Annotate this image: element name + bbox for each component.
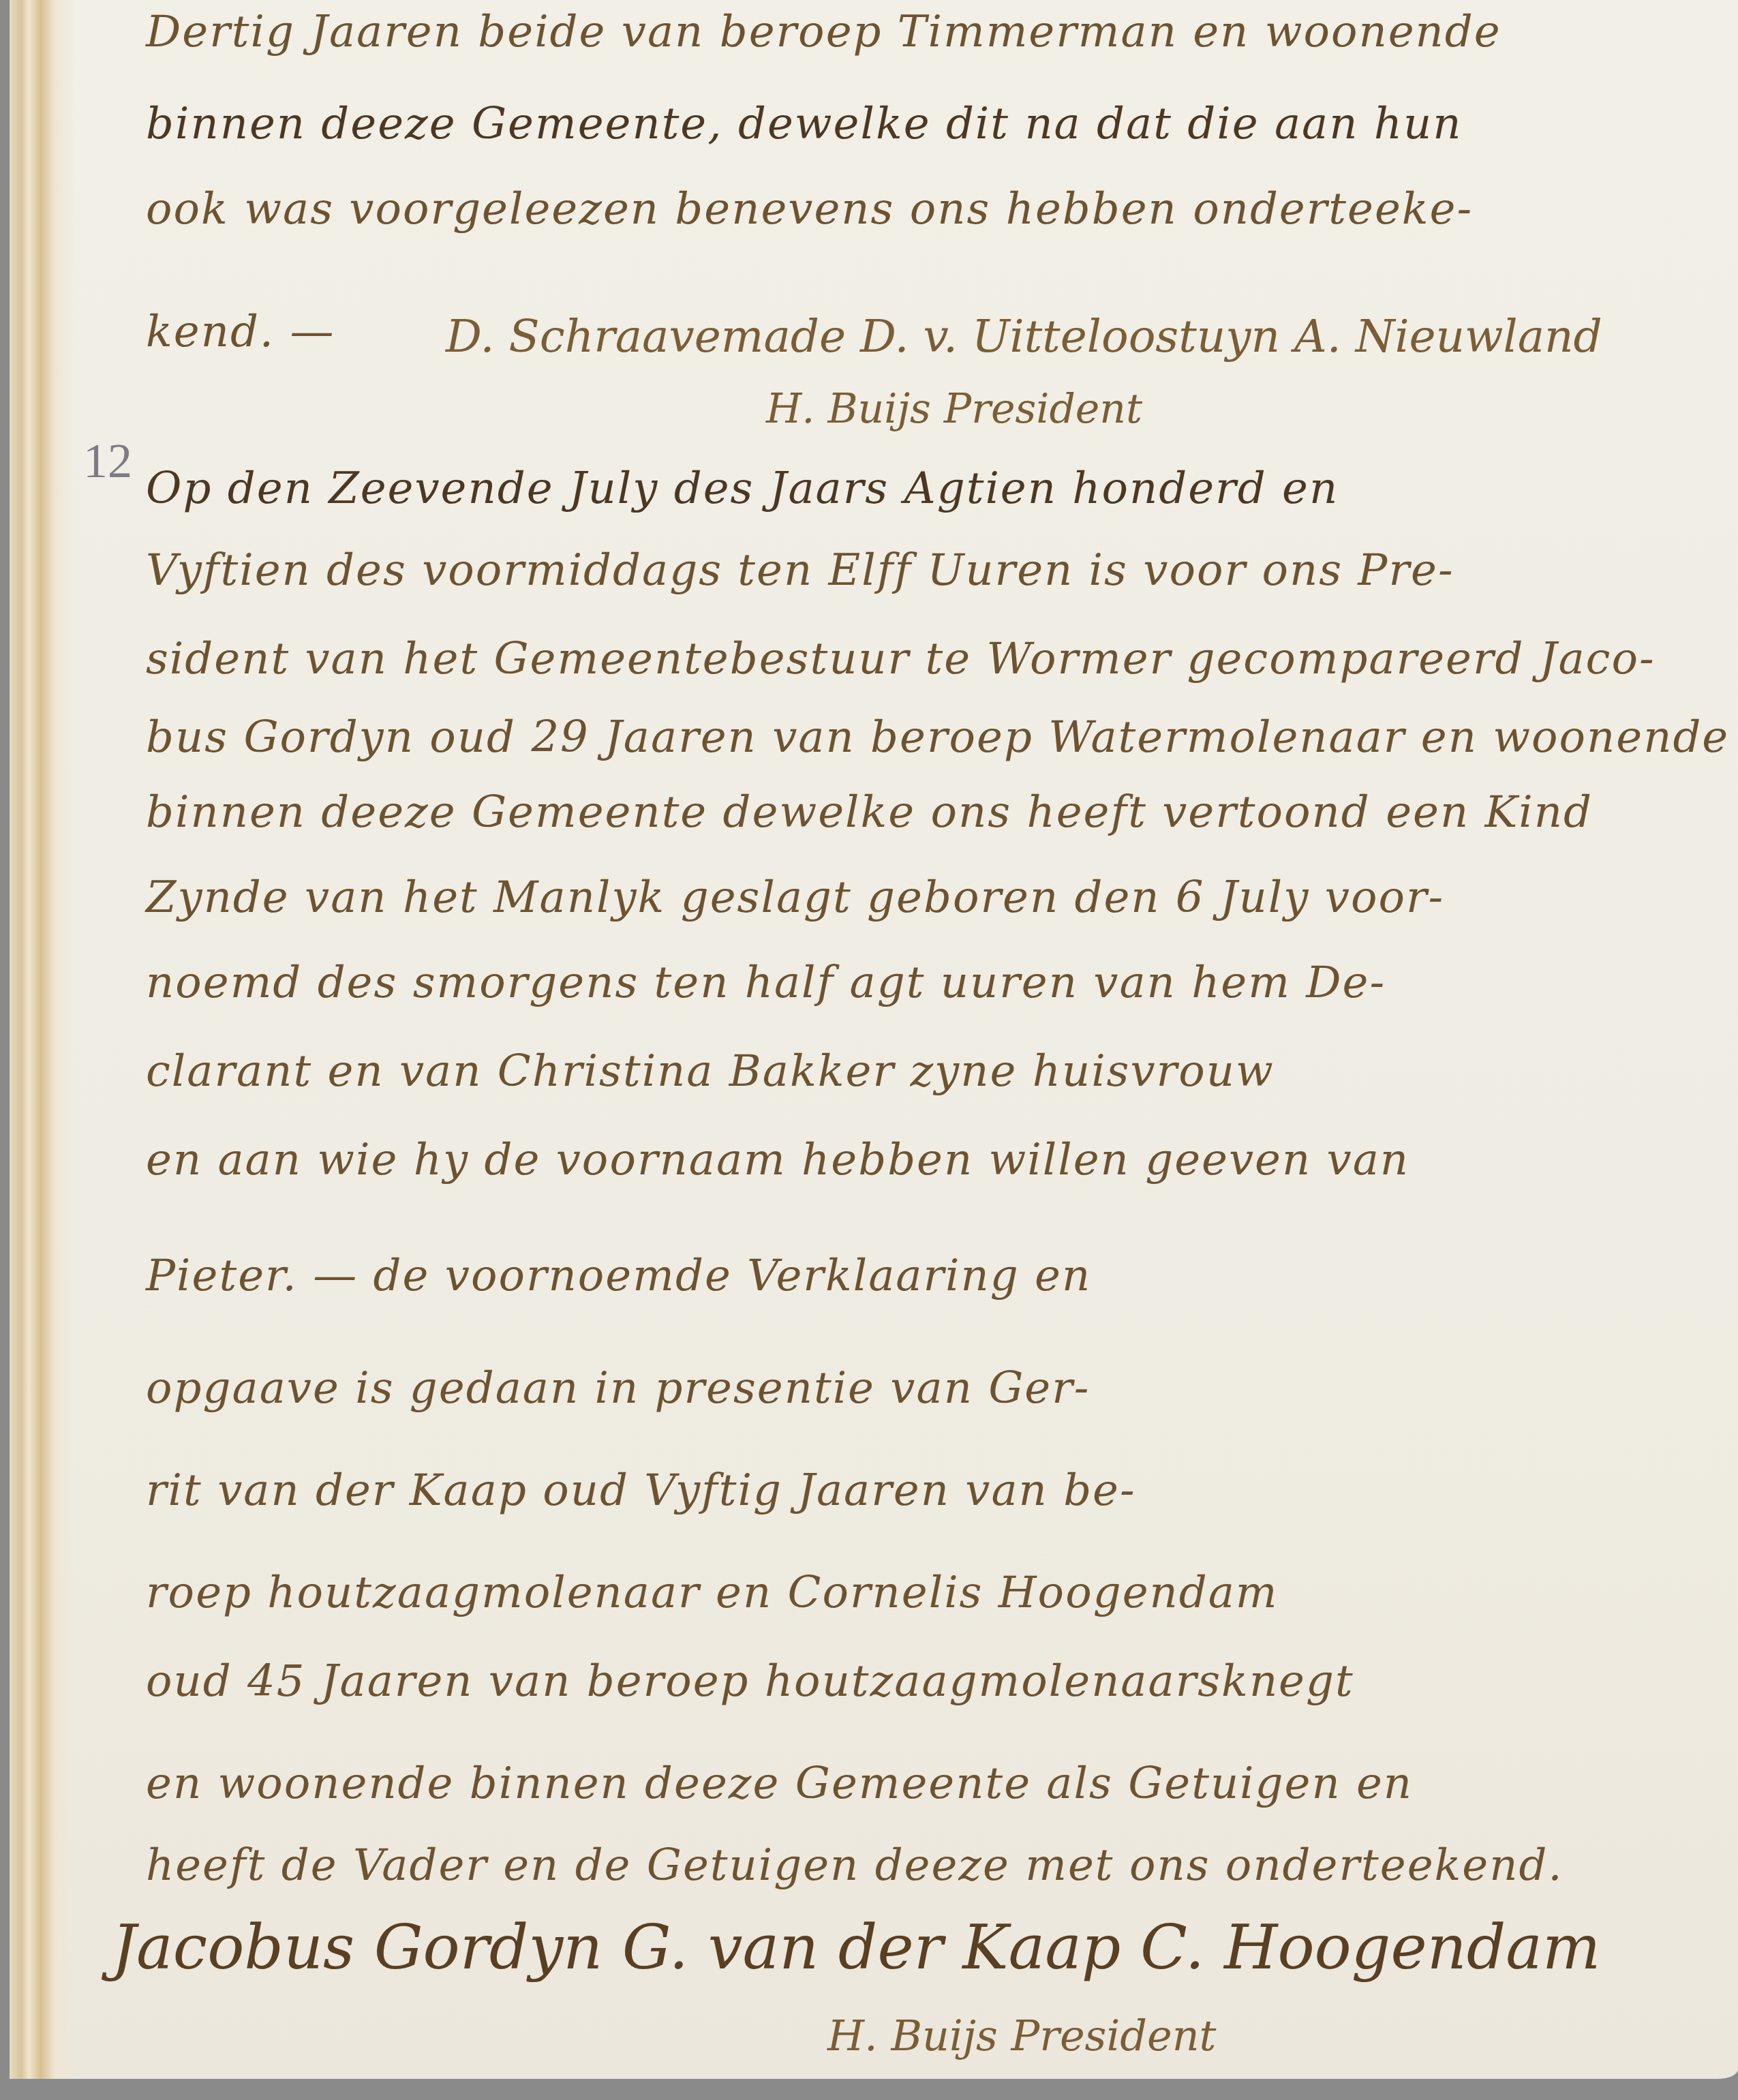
text-line: en woonende binnen deeze Gemeente als Ge… <box>146 1759 1413 1809</box>
text-line: heeft de Vader en de Getuigen deeze met … <box>146 1840 1564 1891</box>
witness-signatures-previous: D. Schraavemade D. v. Uitteloostuyn A. N… <box>446 310 1602 363</box>
text-line: Vyftien des voormiddags ten Elff Uuren i… <box>146 545 1454 596</box>
president-signature: H. Buijs President <box>827 2011 1216 2060</box>
text-line: oud 45 Jaaren van beroep houtzaagmolenaa… <box>146 1656 1354 1707</box>
text-line: Pieter. — de voornoemde Verklaaring en <box>146 1251 1091 1301</box>
text-line: clarant en van Christina Bakker zyne hui… <box>146 1046 1275 1097</box>
text-line: Zynde van het Manlyk geslagt geboren den… <box>146 872 1444 923</box>
text-line: opgaave is gedaan in presentie van Ger- <box>146 1363 1090 1414</box>
text-line: rit van der Kaap oud Vyftig Jaaren van b… <box>146 1465 1136 1516</box>
text-line: en aan wie hy de voornaam hebben willen … <box>146 1135 1409 1185</box>
page-number: 12 <box>83 433 132 489</box>
text-line: roep houtzaagmolenaar en Cornelis Hoogen… <box>146 1568 1279 1618</box>
text-line: sident van het Gemeentebestuur te Wormer… <box>146 634 1656 684</box>
text-line: bus Gordyn oud 29 Jaaren van beroep Wate… <box>146 712 1729 763</box>
president-signature-previous: H. Buijs President <box>766 385 1142 433</box>
text-line: Op den Zeevende July des Jaars Agtien ho… <box>146 463 1339 514</box>
text-line: binnen deeze Gemeente dewelke ons heeft … <box>146 787 1593 838</box>
text-line: noemd des smorgens ten half agt uuren va… <box>146 958 1386 1008</box>
text-line: ook was voorgeleezen benevens ons hebben… <box>146 184 1473 234</box>
manuscript-page: 12 Dertig Jaaren beide van beroep Timmer… <box>10 0 1738 2079</box>
text-line: kend. — <box>146 307 335 357</box>
text-line: binnen deeze Gemeente, dewelke dit na da… <box>146 99 1462 149</box>
text-line: Dertig Jaaren beide van beroep Timmerman… <box>146 7 1501 57</box>
signatures-father-witnesses: Jacobus Gordyn G. van der Kaap C. Hoogen… <box>112 1912 1600 1983</box>
